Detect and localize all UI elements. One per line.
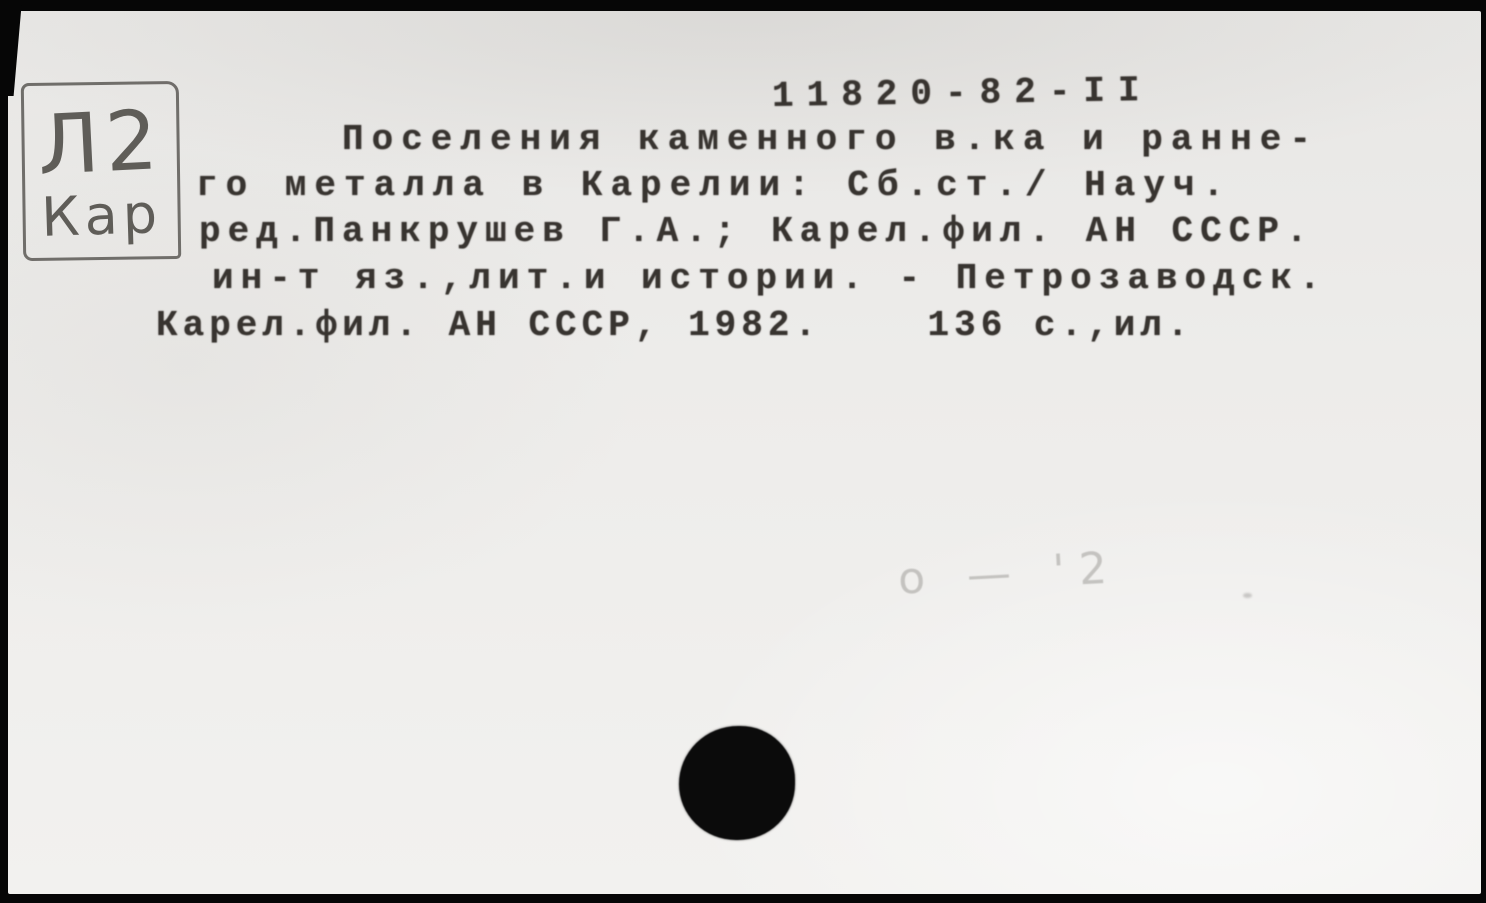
- bib-line-2: го металла в Карелии: Сб.ст./ Науч.: [196, 168, 1232, 204]
- classmark-line2: Кар: [40, 187, 162, 245]
- classmark-line1: Л2: [36, 100, 166, 188]
- scan-speck: [1243, 593, 1252, 598]
- bib-line-5: Карел.фил. АН СССР, 1982. 136 с.,ил.: [156, 308, 1194, 344]
- bib-line-3: ред.Панкрушев Г.А.; Карел.фил. АН СССР.: [199, 214, 1315, 250]
- accession-number: 11820-82-II: [772, 73, 1153, 115]
- bib-line-1: Поселения каменного в.ка и ранне-: [342, 122, 1319, 158]
- punch-hole: [679, 726, 795, 840]
- classmark-box: Л2 Кар: [21, 81, 181, 261]
- bib-line-4: ин-т яз.,лит.и истории. - Петрозаводск.: [212, 261, 1328, 297]
